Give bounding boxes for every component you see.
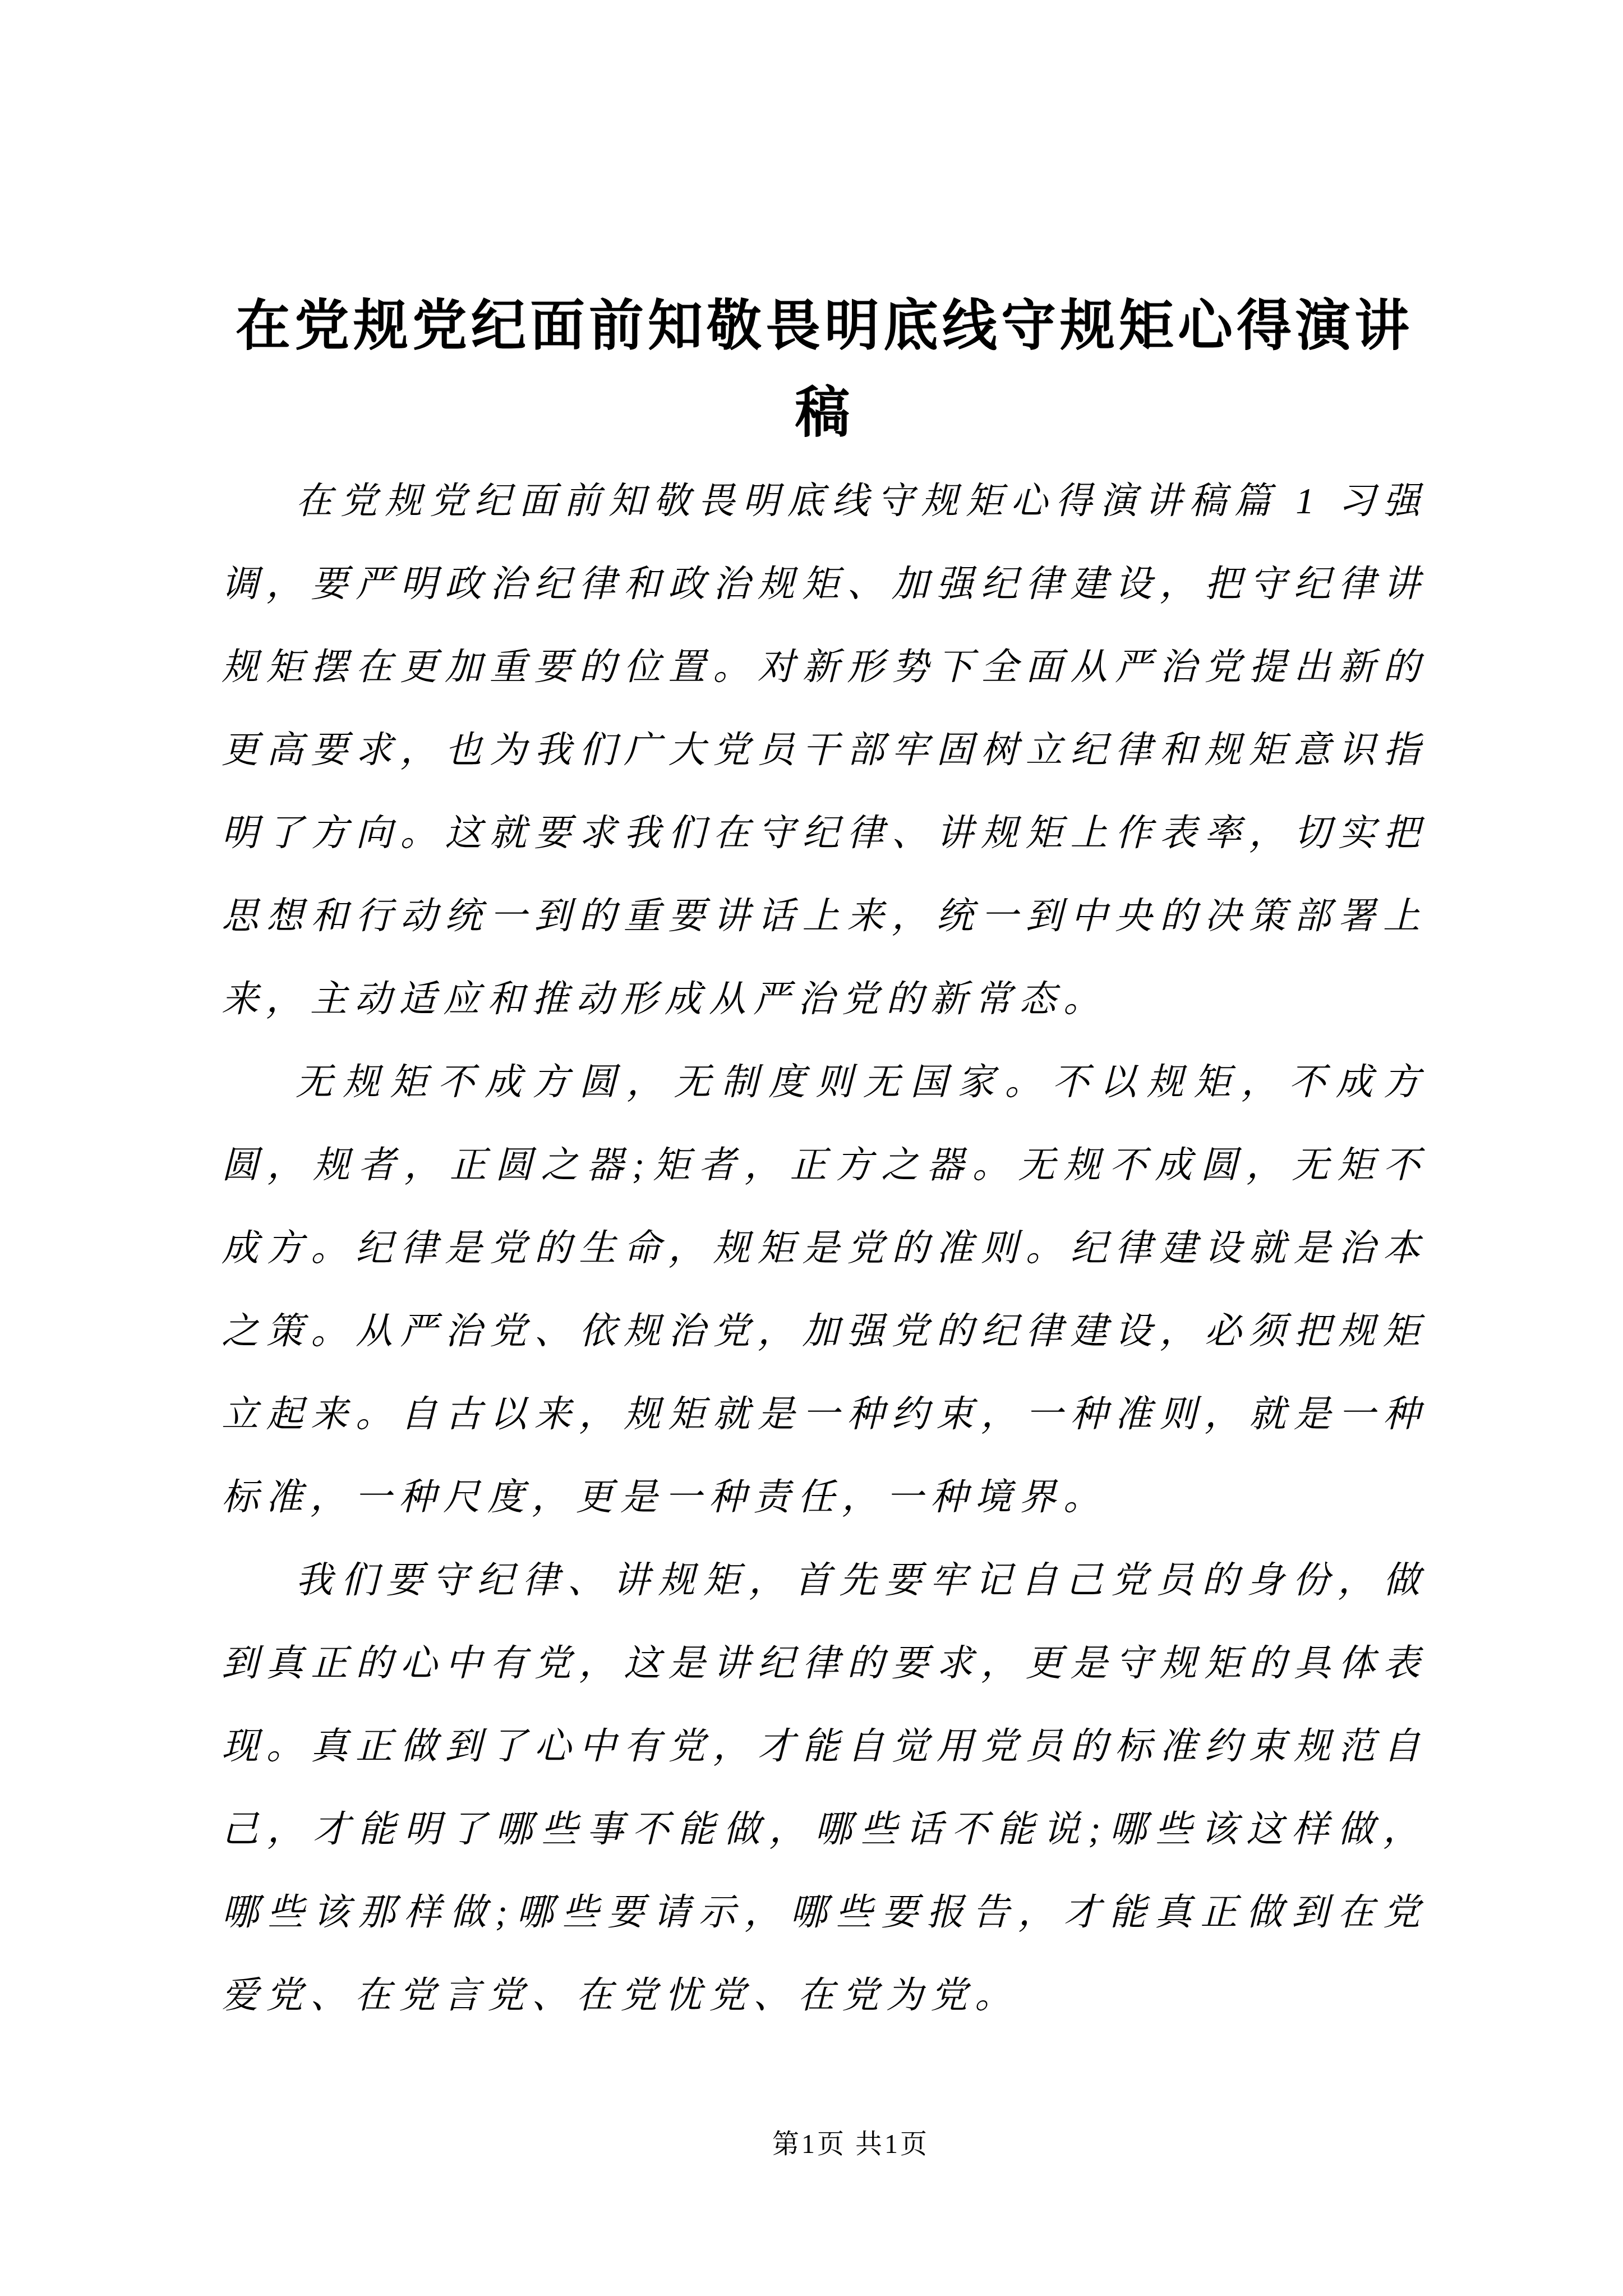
paragraph-3: 我们要守纪律、讲规矩，首先要牢记自己党员的身份，做到真正的心中有党，这是讲纪律的…	[222, 1539, 1427, 2037]
page-indicator: 第1页 共1页	[772, 2129, 929, 2159]
paragraph-2: 无规矩不成方圆，无制度则无国家。不以规矩，不成方圆，规者，正圆之器;矩者，正方之…	[222, 1041, 1427, 1539]
document-content: 在党规党纪面前知敬畏明底线守规矩心得演讲稿 在党规党纪面前知敬畏明底线守规矩心得…	[222, 283, 1427, 2037]
document-page: 在党规党纪面前知敬畏明底线守规矩心得演讲稿 在党规党纪面前知敬畏明底线守规矩心得…	[0, 0, 1623, 2296]
page-number-footer: 第1页 共1页	[79, 2122, 1623, 2161]
document-body: 在党规党纪面前知敬畏明底线守规矩心得演讲稿篇 1 习强调，要严明政治纪律和政治规…	[222, 460, 1427, 2037]
document-title: 在党规党纪面前知敬畏明底线守规矩心得演讲稿	[222, 283, 1427, 457]
paragraph-1: 在党规党纪面前知敬畏明底线守规矩心得演讲稿篇 1 习强调，要严明政治纪律和政治规…	[222, 460, 1427, 1041]
